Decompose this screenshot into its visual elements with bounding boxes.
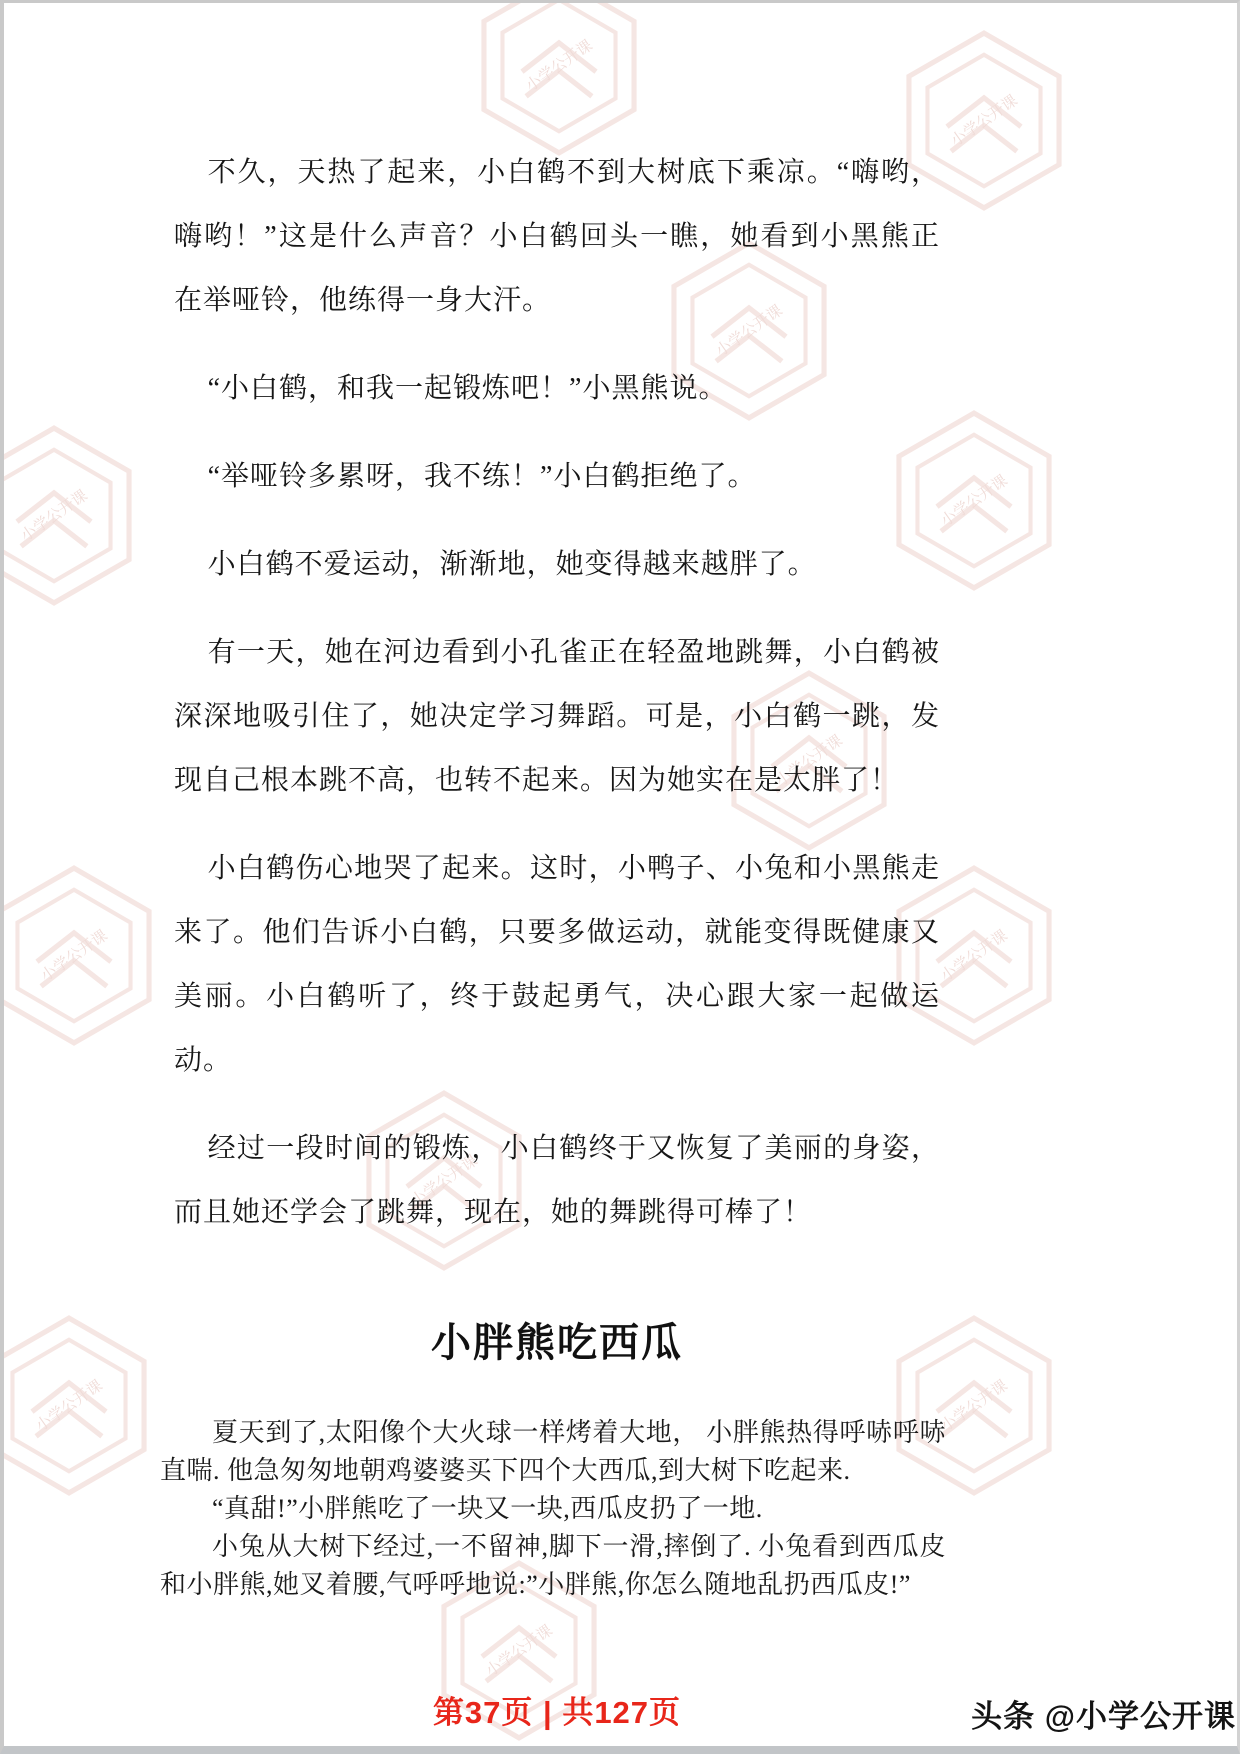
story-paragraph: 有一天，她在河边看到小孔雀正在轻盈地跳舞，小白鹤被深深地吸引住了，她决定学习舞蹈… [174,621,940,813]
watermark-text: 小学公开课 [937,1376,1010,1435]
watermark-text: 小学公开课 [937,926,1010,985]
toutiao-credit: 头条 @小学公开课 [971,1691,1236,1736]
story-paragraph: 经过一段时间的锻炼，小白鹤终于又恢复了美丽的身姿，而且她还学会了跳舞，现在，她的… [174,1117,940,1245]
hexagon-watermark: 小学公开课 [474,0,644,158]
story-paragraph: 小兔从大树下经过,一不留神,脚下一滑,摔倒了. 小兔看到西瓜皮和小胖熊,她叉着腰… [160,1528,946,1604]
page-content: 不久，天热了起来，小白鹤不到大树底下乘凉。“嗨哟，嗨哟！”这是什么声音？小白鹤回… [174,141,940,1604]
watermark-text: 小学公开课 [482,1621,555,1680]
story-paragraph: 小白鹤不爱运动，渐渐地，她变得越来越胖了。 [174,533,940,597]
page-footer: 第37页 | 共127页 头条 @小学公开课 [4,1687,1240,1733]
hexagon-watermark: 小学公开课 [0,863,159,1048]
page-number-indicator: 第37页 | 共127页 [174,1687,940,1732]
story-paragraph: “真甜!”小胖熊吃了一块又一块,西瓜皮扔了一地. [160,1490,946,1528]
hexagon-watermark: 小学公开课 [0,1313,154,1498]
story-paragraph: “举哑铃多累呀，我不练！”小白鹤拒绝了。 [174,445,940,509]
watermark-text: 小学公开课 [522,36,595,95]
story-title: 小胖熊吃西瓜 [174,1311,940,1368]
story-white-crane: 不久，天热了起来，小白鹤不到大树底下乘凉。“嗨哟，嗨哟！”这是什么声音？小白鹤回… [174,141,940,1245]
document-page: 小学公开课 小学公开课 小学公开课 小学公开课 小学公开课 小学公开课 [0,0,1240,1754]
story-fat-bear: 夏天到了,太阳像个大火球一样烤着大地， 小胖熊热得呼哧呼哧直喘. 他急匆匆地朝鸡… [160,1414,946,1604]
story-paragraph: 小白鹤伤心地哭了起来。这时，小鸭子、小兔和小黑熊走来了。他们告诉小白鹤，只要多做… [174,837,940,1093]
watermark-text: 小学公开课 [947,91,1020,150]
watermark-text: 小学公开课 [32,1376,105,1435]
watermark-text: 小学公开课 [37,926,110,985]
story-paragraph: 不久，天热了起来，小白鹤不到大树底下乘凉。“嗨哟，嗨哟！”这是什么声音？小白鹤回… [174,141,940,333]
story-paragraph: 夏天到了,太阳像个大火球一样烤着大地， 小胖熊热得呼哧呼哧直喘. 他急匆匆地朝鸡… [160,1414,946,1490]
watermark-text: 小学公开课 [17,486,90,545]
watermark-text: 小学公开课 [937,471,1010,530]
hexagon-watermark: 小学公开课 [0,423,139,608]
story-paragraph: “小白鹤，和我一起锻炼吧！”小黑熊说。 [174,357,940,421]
